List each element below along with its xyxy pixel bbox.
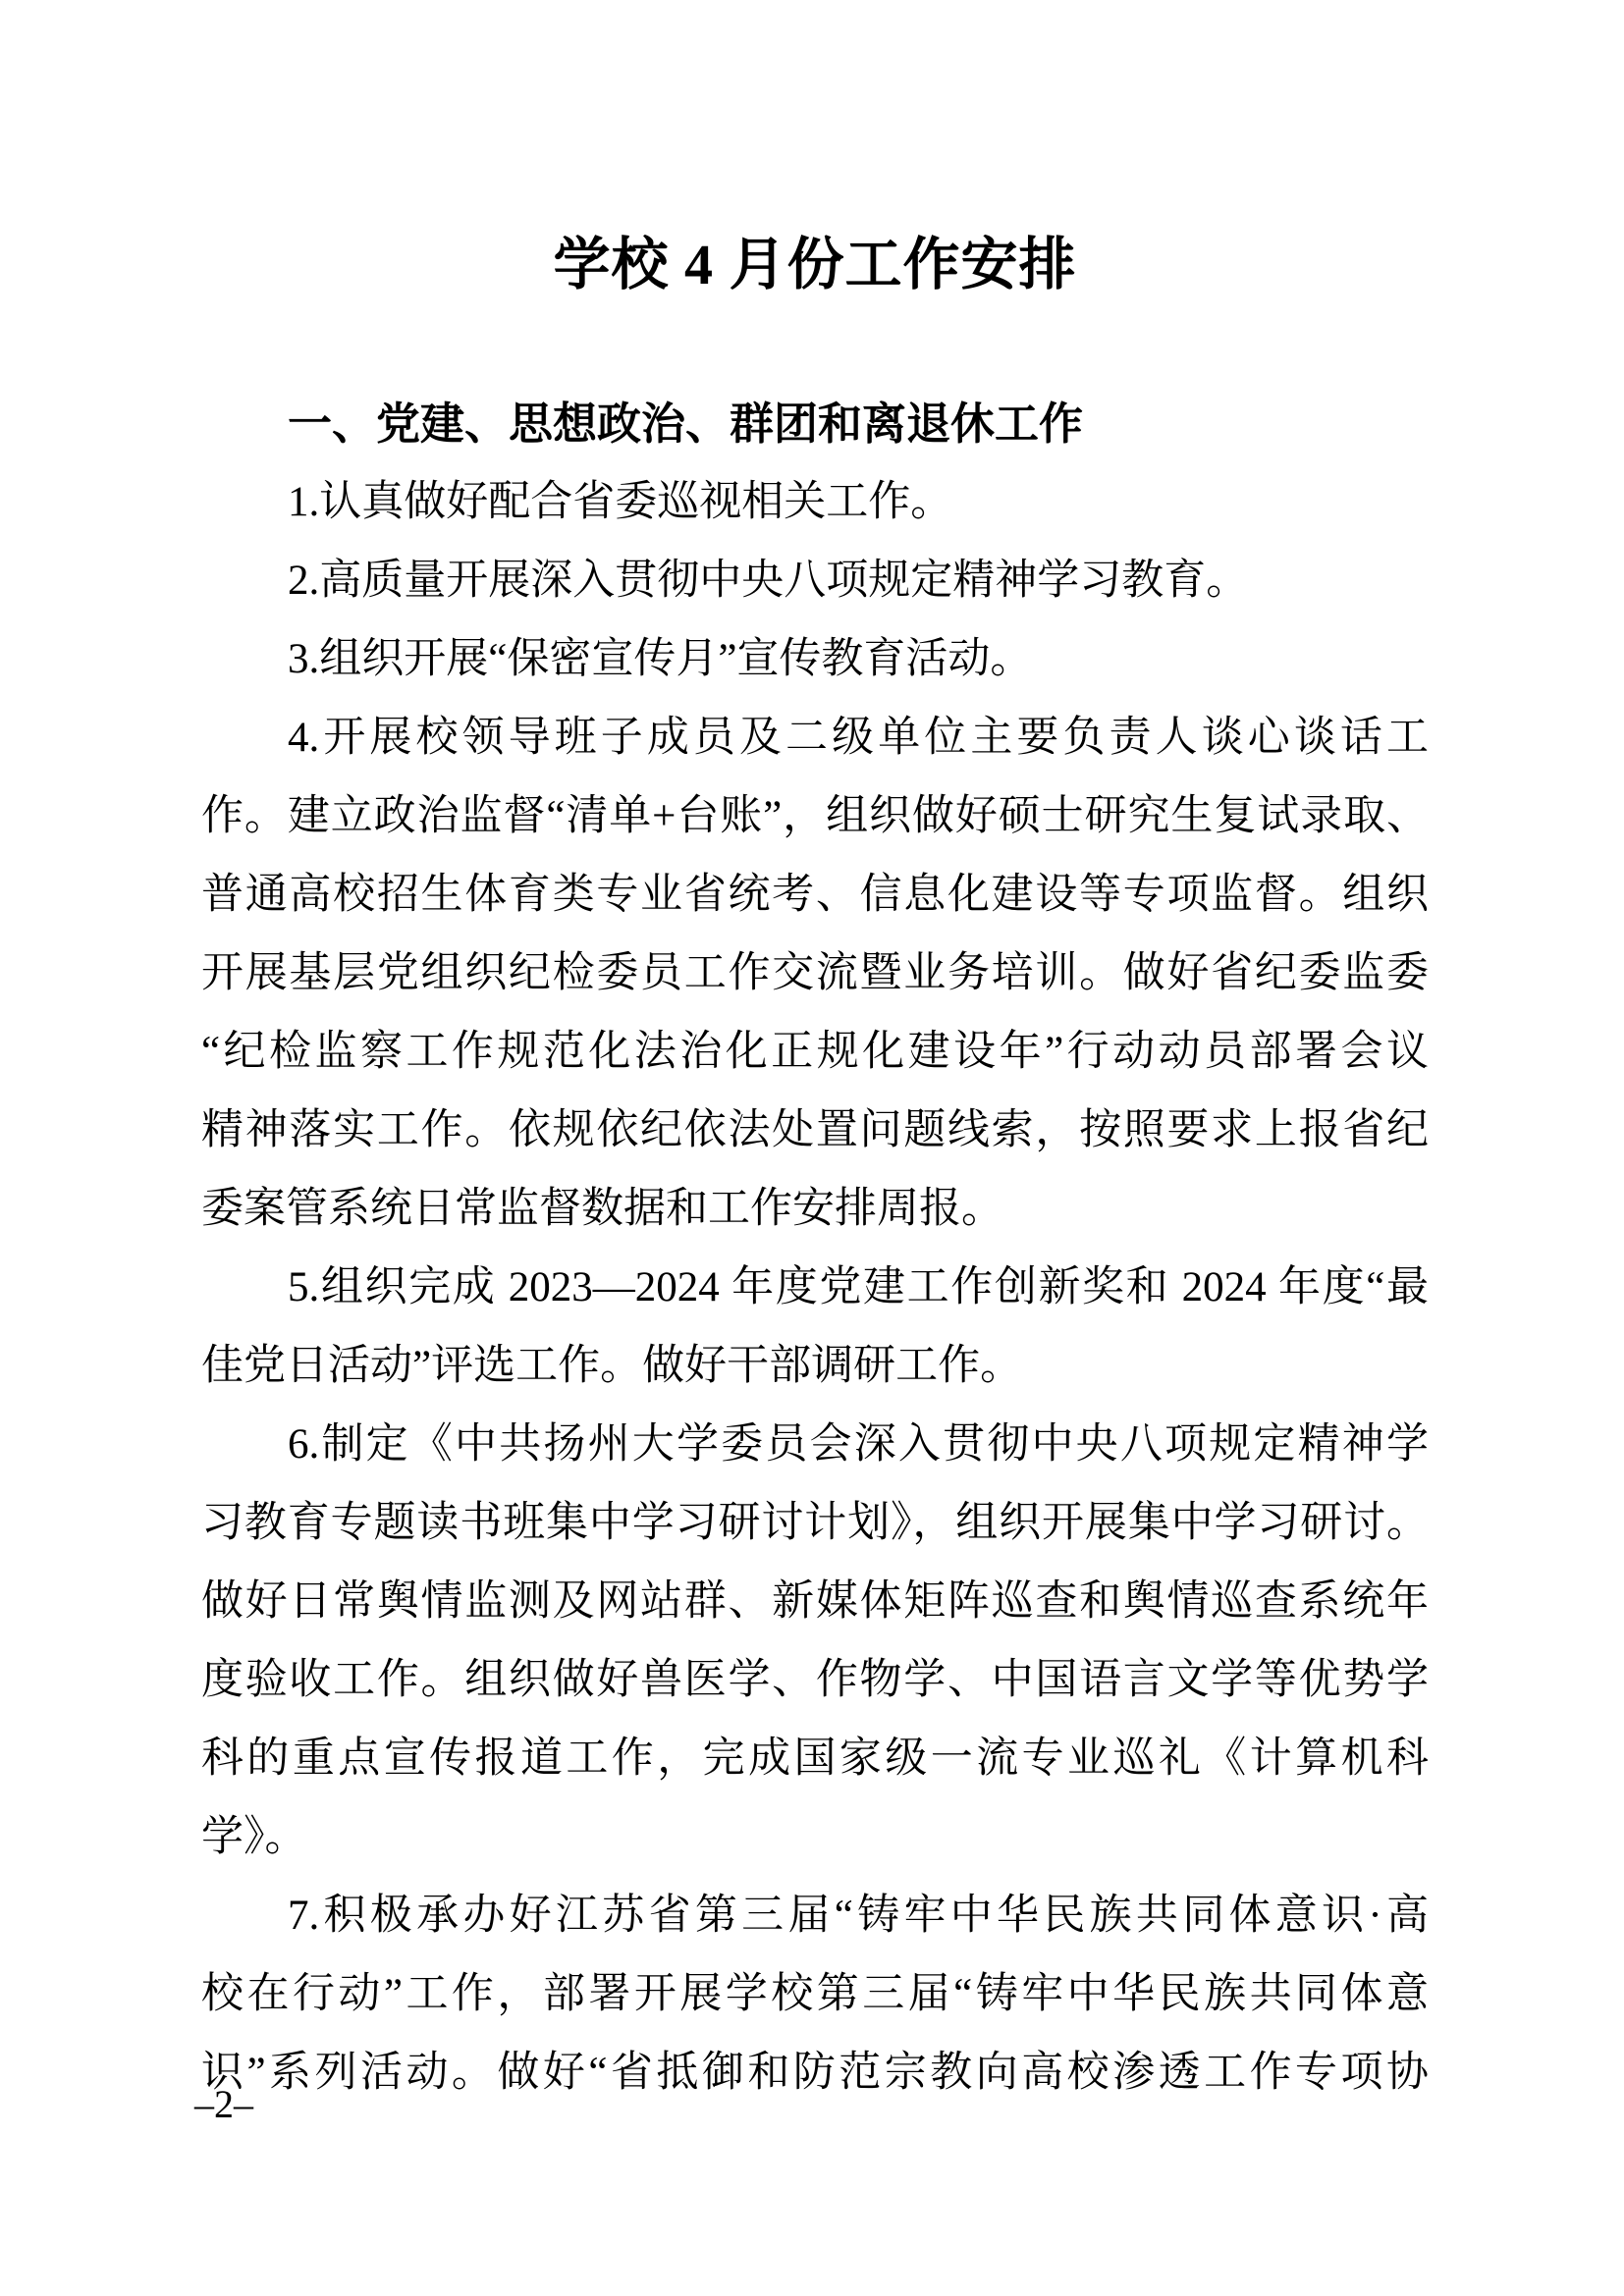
text-line: 6.制定《中共扬州大学委员会深入贯彻中央八项规定精神学 [201,1406,1429,1484]
text-line: 普通高校招生体育类专业省统考、信息化建设等专项监督。组织 [201,856,1429,934]
text-line: 做好日常舆情监测及网站群、新媒体矩阵巡查和舆情巡查系统年 [201,1563,1429,1641]
text-line: 识”系列活动。做好“省抵御和防范宗教向高校渗透工作专项协 [201,2034,1429,2112]
text-line: 3.组织开展“保密宣传月”宣传教育活动。 [201,620,1429,699]
text-line: 科的重点宣传报道工作，完成国家级一流专业巡礼《计算机科 [201,1720,1429,1798]
text-line: “纪检监察工作规范化法治化正规化建设年”行动动员部署会议 [201,1013,1429,1092]
text-line: 开展基层党组织纪检委员工作交流暨业务培训。做好省纪委监委 [201,934,1429,1013]
text-line: 1.认真做好配合省委巡视相关工作。 [201,463,1429,542]
text-line: 委案管系统日常监督数据和工作安排周报。 [201,1170,1429,1249]
section-heading: 一、党建、思想政治、群团和离退休工作 [201,385,1429,463]
text-line: 精神落实工作。依规依纪依法处置问题线索，按照要求上报省纪 [201,1092,1429,1170]
page-number: –2– [194,2073,253,2136]
document-title: 学校 4 月份工作安排 [201,224,1429,306]
text-line: 作。建立政治监督“清单+台账”，组织做好硕士研究生复试录取、 [201,777,1429,856]
text-line: 学》。 [201,1798,1429,1877]
text-line: 7.积极承办好江苏省第三届“铸牢中华民族共同体意识·高 [201,1877,1429,1955]
text-line: 2.高质量开展深入贯彻中央八项规定精神学习教育。 [201,542,1429,620]
text-line: 校在行动”工作，部署开展学校第三届“铸牢中华民族共同体意 [201,1955,1429,2034]
document-page: 学校 4 月份工作安排 一、党建、思想政治、群团和离退休工作 1.认真做好配合省… [0,0,1624,2296]
text-line: 5.组织完成 2023—2024 年度党建工作创新奖和 2024 年度“最 [201,1249,1429,1327]
text-line: 习教育专题读书班集中学习研讨计划》，组织开展集中学习研讨。 [201,1484,1429,1563]
document-body: 一、党建、思想政治、群团和离退休工作 1.认真做好配合省委巡视相关工作。 2.高… [201,385,1429,2112]
text-line: 佳党日活动”评选工作。做好干部调研工作。 [201,1327,1429,1406]
text-line: 4.开展校领导班子成员及二级单位主要负责人谈心谈话工 [201,699,1429,777]
text-line: 度验收工作。组织做好兽医学、作物学、中国语言文学等优势学 [201,1641,1429,1720]
